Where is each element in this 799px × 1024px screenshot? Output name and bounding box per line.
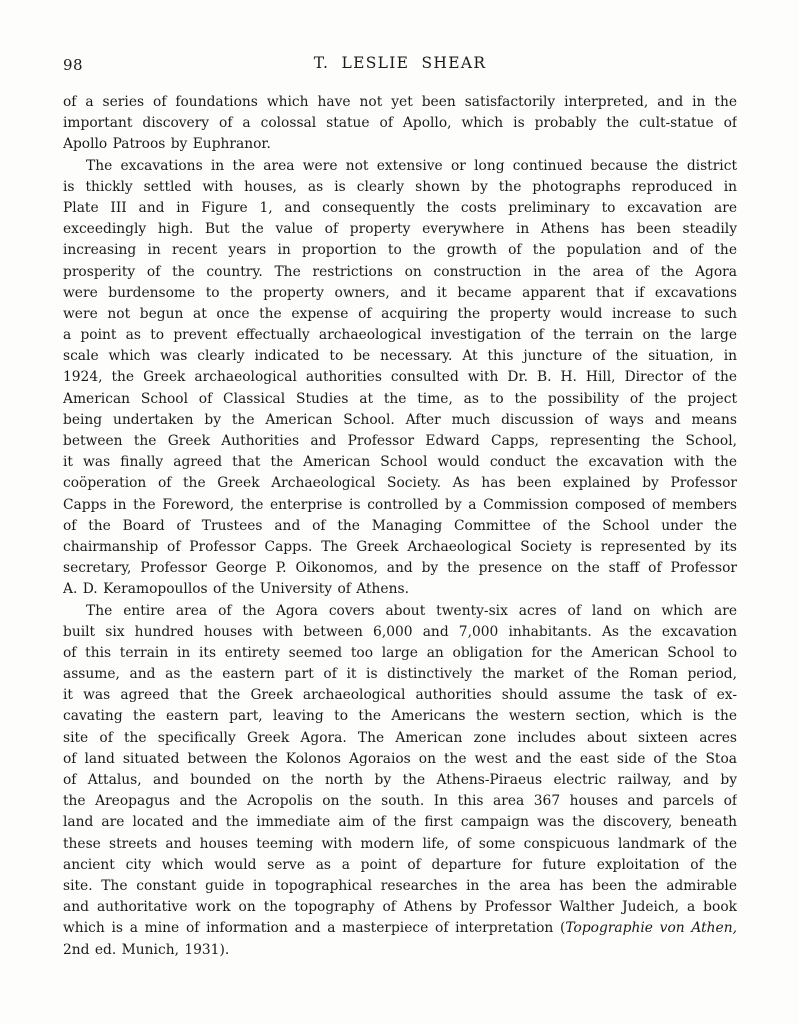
text-line: land are located and the immediate aim o… [63, 812, 737, 833]
text-line: Capps in the Foreword, the enterprise is… [63, 495, 737, 516]
text-line: A. D. Keramopoullos of the University of… [63, 579, 737, 600]
text-line: a point as to prevent effectually archae… [63, 325, 737, 346]
text-line: the Areopagus and the Acropolis on the s… [63, 791, 737, 812]
text-line: site. The constant guide in topographica… [63, 876, 737, 897]
text-line: these streets and houses teeming with mo… [63, 834, 737, 855]
text-line: of Attalus, and bounded on the north by … [63, 770, 737, 791]
text-segment: which is a mine of information and a mas… [63, 920, 565, 936]
text-line: increasing in recent years in proportion… [63, 240, 737, 261]
text-line: The entire area of the Agora covers abou… [63, 601, 737, 622]
running-title: T. LESLIE SHEAR [63, 54, 737, 72]
text-line: it was agreed that the Greek archaeologi… [63, 685, 737, 706]
text-line: of a series of foundations which have no… [63, 92, 737, 113]
text-line: The excavations in the area were not ext… [63, 156, 737, 177]
text-line: and authoritative work on the topography… [63, 897, 737, 918]
text-line: scale which was clearly indicated to be … [63, 346, 737, 367]
text-line: exceedingly high. But the value of prope… [63, 219, 737, 240]
text-line: it was finally agreed that the American … [63, 452, 737, 473]
text-line: Apollo Patroos by Euphranor. [63, 134, 737, 155]
text-line: assume, and as the eastern part of it is… [63, 664, 737, 685]
text-line: ancient city which would serve as a poin… [63, 855, 737, 876]
text-line: important discovery of a colossal statue… [63, 113, 737, 134]
text-line: prosperity of the country. The restricti… [63, 262, 737, 283]
italic-segment: Topographie von Athen, [565, 920, 737, 936]
text-line: which is a mine of information and a mas… [63, 918, 737, 939]
text-line: 1924, the Greek archaeological authoriti… [63, 367, 737, 388]
text-line: coöperation of the Greek Archaeological … [63, 473, 737, 494]
text-line: is thickly settled with houses, as is cl… [63, 177, 737, 198]
text-line: of the Board of Trustees and of the Mana… [63, 516, 737, 537]
text-line: Plate III and in Figure 1, and consequen… [63, 198, 737, 219]
text-line: built six hundred houses with between 6,… [63, 622, 737, 643]
text-line: of land situated between the Kolonos Ago… [63, 749, 737, 770]
text-line: were not begun at once the expense of ac… [63, 304, 737, 325]
text-line: secretary, Professor George P. Oikonomos… [63, 558, 737, 579]
text-line: of this terrain in its entirety seemed t… [63, 643, 737, 664]
text-line: American School of Classical Studies at … [63, 389, 737, 410]
text-line: cavating the eastern part, leaving to th… [63, 706, 737, 727]
scanned-page: 98 T. LESLIE SHEAR of a series of founda… [0, 0, 799, 1024]
page-header: 98 T. LESLIE SHEAR [63, 54, 737, 74]
text-line: 2nd ed. Munich, 1931). [63, 940, 737, 961]
text-line: were burdensome to the property owners, … [63, 283, 737, 304]
text-line: chairmanship of Professor Capps. The Gre… [63, 537, 737, 558]
text-line: being undertaken by the American School.… [63, 410, 737, 431]
text-column: of a series of foundations which have no… [63, 92, 737, 961]
text-line: site of the specifically Greek Agora. Th… [63, 728, 737, 749]
text-line: between the Greek Authorities and Profes… [63, 431, 737, 452]
